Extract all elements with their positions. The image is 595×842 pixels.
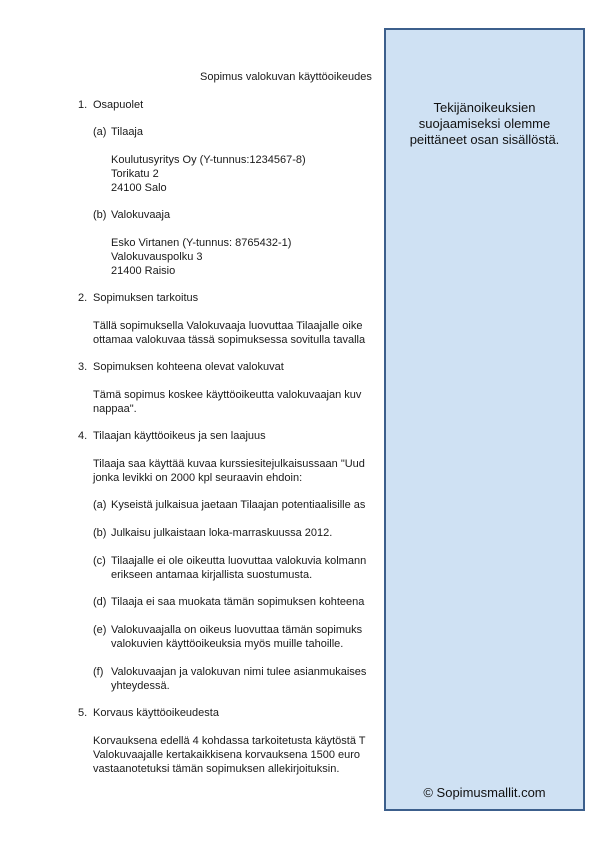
party-b-role: Valokuvaaja: [111, 208, 170, 222]
party-b-label: (b): [93, 208, 106, 222]
section-2-number: 2.: [78, 291, 87, 305]
section-3-number: 3.: [78, 360, 87, 374]
condition-c-label: (c): [93, 554, 106, 568]
condition-b-text: Julkaisu julkaistaan loka-marraskuussa 2…: [111, 526, 332, 540]
section-5-number: 5.: [78, 706, 87, 720]
condition-e-text: valokuvien käyttöoikeuksia myös muille t…: [111, 637, 343, 651]
party-a-line: 24100 Salo: [111, 181, 167, 195]
condition-d-text: Tilaaja ei saa muokata tämän sopimuksen …: [111, 595, 364, 609]
copyright-notice-line: peittäneet osan sisällöstä.: [386, 132, 583, 148]
section-1-heading: Osapuolet: [93, 98, 143, 112]
condition-d-label: (d): [93, 595, 106, 609]
condition-f-text: yhteydessä.: [111, 679, 170, 693]
section-5-body: Korvauksena edellä 4 kohdassa tarkoitetu…: [93, 734, 366, 748]
section-4-body: jonka levikki on 2000 kpl seuraavin ehdo…: [93, 471, 302, 485]
section-4-number: 4.: [78, 429, 87, 443]
section-3-body: Tämä sopimus koskee käyttöoikeutta valok…: [93, 388, 361, 402]
section-4-body: Tilaaja saa käyttää kuvaa kurssiesitejul…: [93, 457, 365, 471]
party-a-role: Tilaaja: [111, 125, 143, 139]
condition-b-label: (b): [93, 526, 106, 540]
party-b-line: Valokuvauspolku 3: [111, 250, 203, 264]
party-a-line: Torikatu 2: [111, 167, 159, 181]
section-5-body: vastaanotetuksi tämän sopimuksen allekir…: [93, 762, 339, 776]
condition-e-label: (e): [93, 623, 106, 637]
party-b-line: Esko Virtanen (Y-tunnus: 8765432-1): [111, 236, 291, 250]
section-2-heading: Sopimuksen tarkoitus: [93, 291, 198, 305]
copyright-notice-line: suojaamiseksi olemme: [386, 116, 583, 132]
section-5-heading: Korvaus käyttöoikeudesta: [93, 706, 219, 720]
section-2-body: ottamaa valokuvaa tässä sopimuksessa sov…: [93, 333, 365, 347]
condition-a-label: (a): [93, 498, 106, 512]
condition-f-text: Valokuvaajan ja valokuvan nimi tulee asi…: [111, 665, 366, 679]
copyright-notice: Tekijänoikeuksien suojaamiseksi olemme p…: [386, 100, 583, 148]
section-3-body: nappaa".: [93, 402, 137, 416]
section-3-heading: Sopimuksen kohteena olevat valokuvat: [93, 360, 284, 374]
section-5-body: Valokuvaajalle kertakaikkisena korvaukse…: [93, 748, 360, 762]
section-4-heading: Tilaajan käyttöoikeus ja sen laajuus: [93, 429, 266, 443]
party-a-line: Koulutusyritys Oy (Y-tunnus:1234567-8): [111, 153, 306, 167]
condition-a-text: Kyseistä julkaisua jaetaan Tilaajan pote…: [111, 498, 365, 512]
copyright-footer: © Sopimusmallit.com: [386, 785, 583, 801]
section-2-body: Tällä sopimuksella Valokuvaaja luovuttaa…: [93, 319, 362, 333]
condition-f-label: (f): [93, 665, 103, 679]
section-1-number: 1.: [78, 98, 87, 112]
party-b-line: 21400 Raisio: [111, 264, 175, 278]
copyright-cover-box: Tekijänoikeuksien suojaamiseksi olemme p…: [384, 28, 585, 811]
condition-c-text: Tilaajalle ei ole oikeutta luovuttaa val…: [111, 554, 366, 568]
party-a-label: (a): [93, 125, 106, 139]
condition-e-text: Valokuvaajalla on oikeus luovuttaa tämän…: [111, 623, 362, 637]
condition-c-text: erikseen antamaa kirjallista suostumusta…: [111, 568, 312, 582]
document-title: Sopimus valokuvan käyttöoikeudes: [200, 70, 372, 84]
copyright-notice-line: Tekijänoikeuksien: [386, 100, 583, 116]
